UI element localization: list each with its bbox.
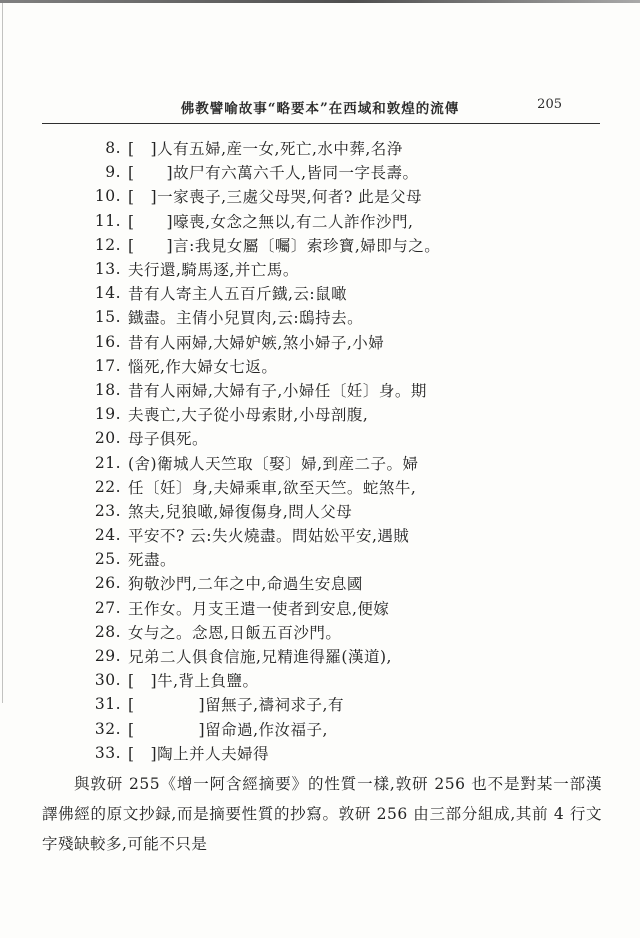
item-number: 9.	[0, 163, 128, 181]
item-number: 22.	[0, 478, 128, 496]
item-text: 兄弟二人俱食信施,兄精進得羅(漢道),	[128, 645, 392, 667]
item-text: [ ]一家喪子,三處父母哭,何者? 此是父母	[128, 185, 422, 207]
list-item: 23.煞夫,兒狼噉,婦復傷身,問人父母	[0, 499, 620, 523]
item-number: 14.	[0, 284, 128, 302]
item-number: 10.	[0, 187, 128, 205]
item-number: 29.	[0, 647, 128, 665]
list-item: 10.[ ]一家喪子,三處父母哭,何者? 此是父母	[0, 184, 620, 208]
item-number: 11.	[0, 212, 128, 230]
item-text: [ ]陶上并人夫婦得	[128, 742, 269, 764]
item-text: [ ]人有五婦,産一女,死亡,水中葬,名浄	[128, 137, 403, 159]
item-text: 惱死,作大婦女七返。	[128, 355, 277, 377]
item-text: 煞夫,兒狼噉,婦復傷身,問人父母	[128, 500, 352, 522]
item-number: 16.	[0, 333, 128, 351]
item-text: [ ]言:我見女屬〔囑〕索珍寶,婦即与之。	[128, 234, 440, 256]
header-divider	[42, 123, 600, 124]
page-number: 205	[537, 97, 562, 112]
item-text: 狗敬沙門,二年之中,命過生安息國	[128, 572, 363, 594]
list-item: 31.[ ]留無子,禱祠求子,有	[0, 692, 620, 716]
item-text: 夫行還,騎馬逐,并亡馬。	[128, 258, 299, 280]
story-list: 8.[ ]人有五婦,産一女,死亡,水中葬,名浄9.[ ]故尸有六萬六千人,皆同一…	[0, 136, 620, 765]
item-text: 死盡。	[128, 548, 176, 570]
list-item: 33.[ ]陶上并人夫婦得	[0, 741, 620, 765]
list-item: 19.夫喪亡,大子從小母索財,小母剖腹,	[0, 402, 620, 426]
list-item: 18.昔有人兩婦,大婦有子,小婦任〔妊〕身。期	[0, 378, 620, 402]
list-item: 12.[ ]言:我見女屬〔囑〕索珍寶,婦即与之。	[0, 233, 620, 257]
item-number: 28.	[0, 623, 128, 641]
list-item: 29.兄弟二人俱食信施,兄精進得羅(漢道),	[0, 644, 620, 668]
list-item: 25.死盡。	[0, 547, 620, 571]
list-item: 21.(舍)衛城人天竺取〔娶〕婦,到産二子。婦	[0, 450, 620, 474]
list-item: 8.[ ]人有五婦,産一女,死亡,水中葬,名浄	[0, 136, 620, 160]
item-number: 17.	[0, 357, 128, 375]
item-text: [ ]嚎喪,女念之無以,有二人詐作沙門,	[128, 210, 413, 232]
item-number: 15.	[0, 308, 128, 326]
item-number: 26.	[0, 574, 128, 592]
item-number: 18.	[0, 381, 128, 399]
list-item: 14.昔有人寄主人五百斤鐡,云:鼠噉	[0, 281, 620, 305]
item-number: 30.	[0, 671, 128, 689]
item-text: 昔有人兩婦,大婦妒嫉,煞小婦子,小婦	[128, 331, 384, 353]
item-text: 夫喪亡,大子從小母索財,小母剖腹,	[128, 403, 368, 425]
list-item: 17.惱死,作大婦女七返。	[0, 354, 620, 378]
list-item: 27.王作女。月支王遣一使者到安息,便嫁	[0, 596, 620, 620]
list-item: 15.鐡盡。主倩小兒買肉,云:鴟持去。	[0, 305, 620, 329]
item-number: 31.	[0, 695, 128, 713]
list-item: 20.母子俱死。	[0, 426, 620, 450]
list-item: 24.平安不? 云:失火燒盡。問姑妐平安,遇賊	[0, 523, 620, 547]
scanned-book-page: 佛教譬喻故事“略要本”在西域和敦煌的流傳 205 8.[ ]人有五婦,産一女,死…	[0, 0, 640, 938]
list-item: 13.夫行還,騎馬逐,并亡馬。	[0, 257, 620, 281]
item-text: [ ]牛,背上負鹽。	[128, 669, 259, 691]
list-item: 11.[ ]嚎喪,女念之無以,有二人詐作沙門,	[0, 209, 620, 233]
list-item: 26.狗敬沙門,二年之中,命過生安息國	[0, 571, 620, 595]
item-text: [ ]留無子,禱祠求子,有	[128, 693, 344, 715]
item-text: 王作女。月支王遣一使者到安息,便嫁	[128, 597, 389, 619]
item-text: 鐡盡。主倩小兒買肉,云:鴟持去。	[128, 306, 363, 328]
item-number: 13.	[0, 260, 128, 278]
item-text: 任〔妊〕身,夫婦乘車,欲至天竺。蛇煞牛,	[128, 476, 416, 498]
item-number: 12.	[0, 236, 128, 254]
list-item: 16.昔有人兩婦,大婦妒嫉,煞小婦子,小婦	[0, 330, 620, 354]
item-number: 21.	[0, 454, 128, 472]
item-text: 平安不? 云:失火燒盡。問姑妐平安,遇賊	[128, 524, 409, 546]
scan-border-top	[0, 0, 640, 3]
item-text: 女与之。念恩,日飯五百沙門。	[128, 621, 341, 643]
item-number: 33.	[0, 744, 128, 762]
item-number: 23.	[0, 502, 128, 520]
item-text: 昔有人兩婦,大婦有子,小婦任〔妊〕身。期	[128, 379, 427, 401]
list-item: 30.[ ]牛,背上負鹽。	[0, 668, 620, 692]
list-item: 22.任〔妊〕身,夫婦乘車,欲至天竺。蛇煞牛,	[0, 475, 620, 499]
item-text: [ ]故尸有六萬六千人,皆同一字長壽。	[128, 161, 419, 183]
item-text: [ ]留命過,作汝福子,	[128, 718, 328, 740]
list-item: 28.女与之。念恩,日飯五百沙門。	[0, 620, 620, 644]
list-item: 9.[ ]故尸有六萬六千人,皆同一字長壽。	[0, 160, 620, 184]
item-number: 32.	[0, 720, 128, 738]
body-paragraph: 與敦研 255《增一阿含經摘要》的性質一樣,敦研 256 也不是對某一部漢譯佛經…	[42, 769, 602, 859]
item-number: 19.	[0, 405, 128, 423]
item-number: 20.	[0, 429, 128, 447]
item-text: 母子俱死。	[128, 427, 208, 449]
item-number: 25.	[0, 550, 128, 568]
item-number: 24.	[0, 526, 128, 544]
list-item: 32.[ ]留命過,作汝福子,	[0, 717, 620, 741]
item-number: 8.	[0, 139, 128, 157]
item-number: 27.	[0, 599, 128, 617]
item-text: 昔有人寄主人五百斤鐡,云:鼠噉	[128, 282, 347, 304]
item-text: (舍)衛城人天竺取〔娶〕婦,到産二子。婦	[128, 452, 419, 474]
